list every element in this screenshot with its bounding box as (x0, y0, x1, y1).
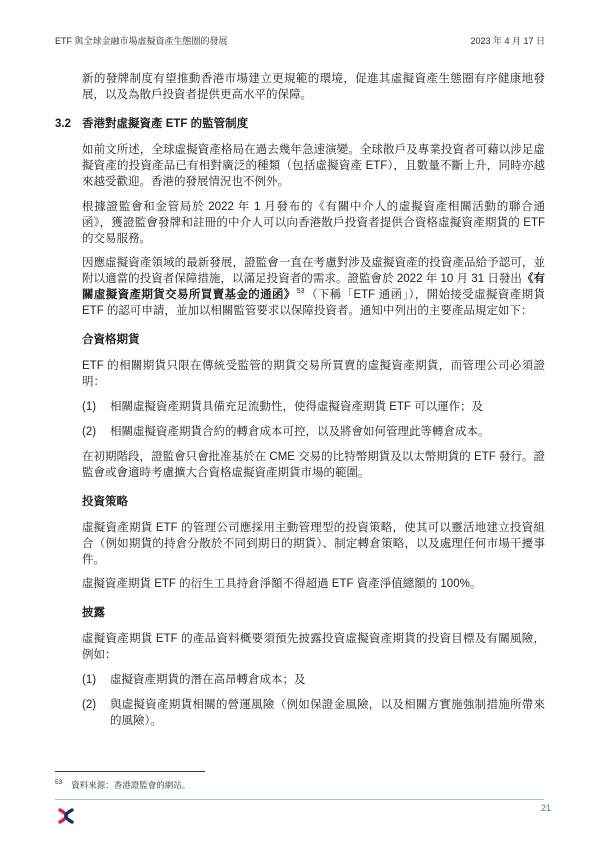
footnote-reference: 53 (297, 288, 305, 295)
paragraph-text: 因應虛擬資產領域的最新發展，證監會一直在考慮對涉及虛擬資產的投資產品給予認可，並… (82, 257, 545, 285)
paragraph-initial-stage: 在初期階段，證監會只會批准基於在 CME 交易的比特幣期貨及以太幣期貨的 ETF… (82, 449, 545, 481)
header-date: 2023 年 4 月 17 日 (470, 34, 545, 47)
list-item: (2) 相關虛擬資產期貨合約的轉倉成本可控，以及將會如何管理此等轉倉成本。 (82, 424, 545, 440)
page-header: ETF 與全球金融市場虛擬資產生態圈的發展 2023 年 4 月 17 日 (55, 34, 545, 47)
subheading-eligible-futures: 合資格期貨 (82, 332, 545, 348)
intro-paragraph: 新的發牌制度有望推動香港市場建立更規範的環境，促進其虛擬資產生態圈有序健康地發展… (82, 71, 545, 103)
logo-navy-stroke (66, 810, 72, 822)
footnote: 53資料來源：香港證監會的網站。 (55, 777, 515, 791)
paragraph-disclosure-intro: 虛擬資產期貨 ETF 的產品資料概要須預先披露投資虛擬資產期貨的投資目標及有關風… (82, 631, 545, 663)
list-item-text: 相關虛擬資產期貨具備充足流動性，使得虛擬資產期貨 ETF 可以運作；及 (110, 399, 545, 415)
list-item-number: (2) (82, 424, 110, 440)
paragraph-derivative-limit: 虛擬資產期貨 ETF 的衍生工具持倉淨額不得超過 ETF 資產淨值總額的 100… (82, 576, 545, 592)
list-item-number: (1) (82, 672, 110, 688)
footer-rule (55, 799, 544, 800)
paragraph-etf-circular: 因應虛擬資產領域的最新發展，證監會一直在考慮對涉及虛擬資產的投資產品給予認可，並… (82, 255, 545, 319)
footnote-number: 53 (55, 779, 62, 786)
document-page: ETF 與全球金融市場虛擬資產生態圈的發展 2023 年 4 月 17 日 新的… (0, 0, 600, 849)
list-item-text: 虛擬資產期貨的潛在高昂轉倉成本；及 (110, 672, 545, 688)
list-item-text: 與虛擬資產期貨相關的營運風險（例如保證金風險，以及相關方實施強制措施所帶來的風險… (110, 697, 545, 729)
section-heading: 3.2 香港對虛擬資產 ETF 的監管制度 (55, 116, 545, 132)
section-number: 3.2 (55, 116, 82, 132)
paragraph-overview: 如前文所述，全球虛擬資產格局在過去幾年急速演變。全球散戶及專業投資者可藉以涉足虛… (82, 142, 545, 190)
footnote-text: 資料來源：香港證監會的網站。 (71, 780, 190, 790)
list-item-number: (2) (82, 697, 110, 729)
subheading-disclosure: 披露 (82, 605, 545, 621)
page-number: 21 (541, 803, 551, 813)
list-item: (1) 虛擬資產期貨的潛在高昂轉倉成本；及 (82, 672, 545, 688)
list-item-text: 相關虛擬資產期貨合約的轉倉成本可控，以及將會如何管理此等轉倉成本。 (110, 424, 545, 440)
paragraph-eligible-intro: ETF 的相關期貨只限在傳統受監管的期貨交易所買賣的虛擬資產期貨，而管理公司必須… (82, 358, 545, 390)
paragraph-strategy: 虛擬資產期貨 ETF 的管理公司應採用主動管理型的投資策略，使其可以靈活地建立投… (82, 520, 545, 568)
paragraph-joint-circular: 根據證監會和金管局於 2022 年 1 月發布的《有關中介人的虛擬資產相關活動的… (82, 199, 545, 247)
footnote-separator (55, 771, 205, 772)
list-item-number: (1) (82, 399, 110, 415)
hkex-logo-icon (57, 808, 75, 824)
header-title: ETF 與全球金融市場虛擬資產生態圈的發展 (55, 34, 228, 47)
section-title: 香港對虛擬資產 ETF 的監管制度 (82, 116, 248, 132)
list-item: (2) 與虛擬資產期貨相關的營運風險（例如保證金風險，以及相關方實施強制措施所帶… (82, 697, 545, 729)
subheading-investment-strategy: 投資策略 (82, 494, 545, 510)
page-content: ETF 與全球金融市場虛擬資產生態圈的發展 2023 年 4 月 17 日 新的… (0, 0, 600, 729)
list-item: (1) 相關虛擬資產期貨具備充足流動性，使得虛擬資產期貨 ETF 可以運作；及 (82, 399, 545, 415)
